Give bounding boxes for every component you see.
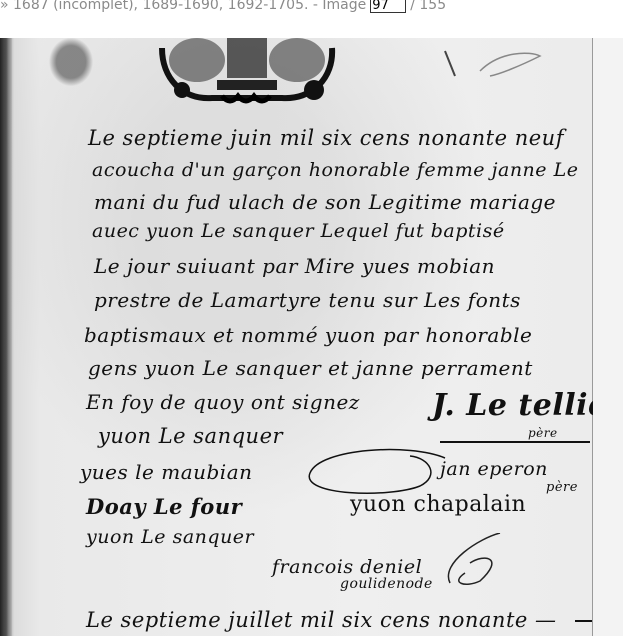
stamp-emblem-icon	[152, 38, 342, 108]
manuscript-signature: yues le maubian	[80, 460, 253, 484]
dash-mark	[575, 620, 592, 622]
pencil-mark-icon	[440, 46, 550, 86]
manuscript-line: acoucha d'un garçon honorable femme jann…	[92, 159, 578, 181]
manuscript-line: gens yuon Le sanquer et janne perrament	[88, 356, 533, 380]
signature-underline	[440, 441, 590, 443]
viewer-right-margin	[593, 38, 623, 636]
page-number-input[interactable]	[370, 0, 406, 13]
manuscript-line: mani du fud ulach de son Legitime mariag…	[94, 190, 556, 214]
manuscript-line: En foy de quoy ont signez	[86, 390, 360, 414]
breadcrumb: » 1687 (incomplet), 1689-1690, 1692-1705…	[0, 0, 446, 14]
manuscript-signature: yuon Le sanquer	[86, 526, 254, 548]
manuscript-line: Le septieme juillet mil six cens nonante…	[86, 608, 557, 632]
signature-goulidenode: goulidenode	[340, 576, 433, 592]
scanned-register-page[interactable]: Le septieme juin mil six cens nonante ne…	[0, 38, 593, 636]
manuscript-line: auec yuon Le sanquer Lequel fut baptisé	[92, 220, 505, 242]
breadcrumb-text: » 1687 (incomplet), 1689-1690, 1692-1705…	[0, 0, 366, 14]
page-total: / 155	[410, 0, 446, 14]
page-binding-shadow	[0, 38, 12, 636]
signature-flourish-icon	[440, 533, 510, 588]
signature-role: père	[546, 480, 578, 495]
manuscript-signature: yuon Le sanquer	[98, 424, 283, 448]
signature-eperon: jan eperon	[440, 458, 548, 480]
manuscript-line: Le septieme juin mil six cens nonante ne…	[88, 126, 564, 150]
manuscript-line: prestre de Lamartyre tenu sur Les fonts	[94, 288, 521, 312]
signature-flourish-icon	[300, 448, 450, 498]
viewer-header: » 1687 (incomplet), 1689-1690, 1692-1705…	[0, 0, 623, 38]
image-viewer[interactable]: Le septieme juin mil six cens nonante ne…	[0, 38, 623, 636]
manuscript-signature: Doay Le four	[86, 494, 242, 519]
manuscript-line: Le jour suiuant par Mire yues mobian	[94, 254, 495, 278]
signature-role: père	[528, 426, 558, 440]
manuscript-line: baptismaux et nommé yuon par honorable	[84, 323, 532, 347]
manuscript-signature: francois deniel	[272, 556, 422, 578]
